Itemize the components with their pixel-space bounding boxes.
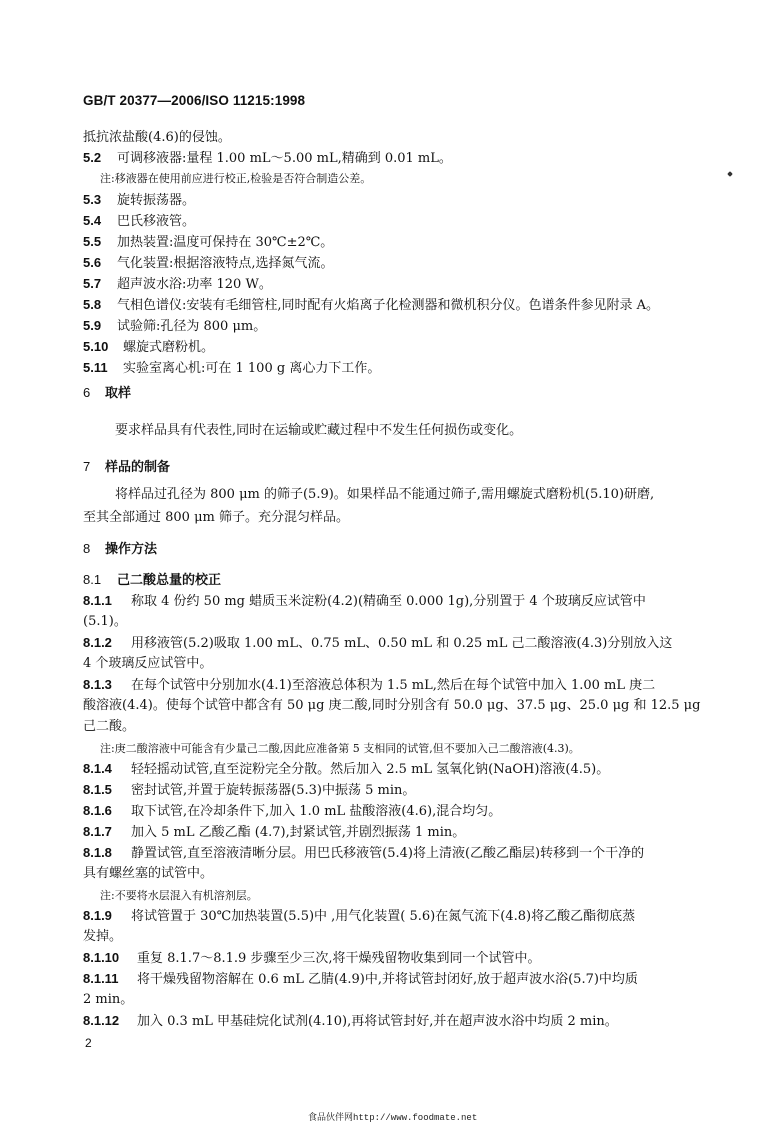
section-title: 操作方法: [105, 541, 157, 556]
line-text: 抵抗浓盐酸(4.6)的侵蚀。: [83, 130, 231, 145]
clause-number: 5.4: [83, 213, 117, 229]
step-number: 8.1.10: [83, 950, 137, 966]
step-8-1-5: 8.1.5密封试管,并置于旋转振荡器(5.3)中振荡 5 min。: [83, 782, 415, 799]
clause-text: 试验筛:孔径为 800 μm。: [117, 319, 266, 334]
step-number: 8.1.9: [83, 908, 131, 924]
step-number: 8.1.4: [83, 761, 131, 777]
section-7-body-2: 至其全部通过 800 μm 筛子。充分混匀样品。: [83, 510, 349, 526]
page-number: 2: [85, 1036, 92, 1050]
clause-number: 5.5: [83, 234, 117, 250]
step-8-1-2-cont: 4 个玻璃反应试管中。: [83, 656, 212, 672]
step-8-1-3: 8.1.3在每个试管中分别加水(4.1)至溶液总体积为 1.5 mL,然后在每个…: [83, 677, 655, 694]
step-number: 8.1.2: [83, 635, 131, 651]
section-7-body-1: 将样品过孔径为 800 μm 的筛子(5.9)。如果样品不能通过筛子,需用螺旋式…: [115, 487, 654, 503]
clause-5-9: 5.9试验筛:孔径为 800 μm。: [83, 318, 266, 335]
clause-text: 可调移液器:量程 1.00 mL～5.00 mL,精确到 0.01 mL。: [117, 151, 452, 166]
step-number: 8.1.3: [83, 677, 131, 693]
clause-5-10: 5.10螺旋式磨粉机。: [83, 339, 214, 356]
step-text: 取下试管,在冷却条件下,加入 1.0 mL 盐酸溶液(4.6),混合均匀。: [131, 804, 501, 819]
clause-text: 螺旋式磨粉机。: [123, 340, 214, 355]
clause-text: 气化装置:根据溶液特点,选择氮气流。: [117, 256, 334, 271]
clause-number: 5.3: [83, 192, 117, 208]
footer-watermark: 食品伙伴网http://www.foodmate.net: [308, 1110, 477, 1122]
step-text: 用移液管(5.2)吸取 1.00 mL、0.75 mL、0.50 mL 和 0.…: [131, 636, 672, 651]
step-text: 在每个试管中分别加水(4.1)至溶液总体积为 1.5 mL,然后在每个试管中加入…: [131, 678, 655, 693]
document-page: GB/T 20377—2006/ISO 11215:1998 抵抗浓盐酸(4.6…: [0, 0, 772, 1122]
step-number: 8.1.1: [83, 593, 131, 609]
step-8-1-10: 8.1.10重复 8.1.7～8.1.9 步骤至少三次,将干燥残留物收集到同一个…: [83, 950, 541, 967]
step-8-1-4: 8.1.4轻轻摇动试管,直至淀粉完全分散。然后加入 2.5 mL 氢氧化钠(Na…: [83, 761, 609, 778]
step-number: 8.1.6: [83, 803, 131, 819]
step-8-1-3-cont2: 己二酸。: [83, 719, 135, 735]
section-number: 6: [83, 385, 105, 401]
clause-text: 加热装置:温度可保持在 30℃±2℃。: [117, 235, 333, 250]
clause-5-3: 5.3旋转振荡器。: [83, 192, 195, 209]
section-8-heading: 8操作方法: [83, 541, 157, 557]
clause-number: 5.10: [83, 339, 123, 355]
clause-text: 超声波水浴:功率 120 W。: [117, 277, 272, 292]
clause-text: 巴氏移液管。: [117, 214, 195, 229]
clause-number: 5.6: [83, 255, 117, 271]
clause-5-8: 5.8气相色谱仪:安装有毛细管柱,同时配有火焰离子化检测器和微机积分仪。色谱条件…: [83, 297, 659, 314]
step-text: 重复 8.1.7～8.1.9 步骤至少三次,将干燥残留物收集到同一个试管中。: [137, 951, 541, 966]
clause-number: 5.7: [83, 276, 117, 292]
step-8-1-3-cont: 酸溶液(4.4)。使每个试管中都含有 50 μg 庚二酸,同时分别含有 50.0…: [83, 698, 700, 714]
step-number: 8.1.7: [83, 824, 131, 840]
step-8-1-11-cont: 2 min。: [83, 992, 133, 1008]
section-6-heading: 6取样: [83, 385, 131, 401]
step-8-1-9-cont: 发掉。: [83, 929, 122, 945]
step-8-1-6: 8.1.6取下试管,在冷却条件下,加入 1.0 mL 盐酸溶液(4.6),混合均…: [83, 803, 501, 820]
step-text: 称取 4 份约 50 mg 蜡质玉米淀粉(4.2)(精确至 0.000 1g),…: [131, 594, 646, 609]
clause-number: 5.9: [83, 318, 117, 334]
step-text: 静置试管,直至溶液清晰分层。用巴氏移液管(5.4)将上清液(乙酸乙酯层)转移到一…: [131, 846, 644, 861]
step-text: 密封试管,并置于旋转振荡器(5.3)中振荡 5 min。: [131, 783, 415, 798]
clause-text: 气相色谱仪:安装有毛细管柱,同时配有火焰离子化检测器和微机积分仪。色谱条件参见附…: [117, 298, 659, 313]
step-number: 8.1.12: [83, 1013, 137, 1029]
step-number: 8.1.8: [83, 845, 131, 861]
section-number: 7: [83, 459, 105, 475]
section-title: 样品的制备: [105, 459, 170, 474]
standard-header: GB/T 20377—2006/ISO 11215:1998: [83, 93, 305, 108]
clause-5-11: 5.11实验室离心机:可在 1 100 g 离心力下工作。: [83, 360, 380, 377]
step-8-1-1: 8.1.1称取 4 份约 50 mg 蜡质玉米淀粉(4.2)(精确至 0.000…: [83, 593, 646, 610]
clause-text: 实验室离心机:可在 1 100 g 离心力下工作。: [123, 361, 380, 376]
section-number: 8.1: [83, 572, 117, 588]
section-title: 己二酸总量的校正: [117, 572, 221, 587]
step-text: 轻轻摇动试管,直至淀粉完全分散。然后加入 2.5 mL 氢氧化钠(NaOH)溶液…: [131, 762, 609, 777]
step-8-1-8-cont: 具有螺丝塞的试管中。: [83, 866, 213, 882]
clause-number: 5.2: [83, 150, 117, 166]
section-7-heading: 7样品的制备: [83, 459, 170, 475]
step-8-1-1-cont: (5.1)。: [83, 614, 127, 630]
clause-5-4: 5.4巴氏移液管。: [83, 213, 195, 230]
step-8-1-11: 8.1.11将干燥残留物溶解在 0.6 mL 乙腈(4.9)中,并将试管封闭好,…: [83, 971, 638, 988]
step-text: 将干燥残留物溶解在 0.6 mL 乙腈(4.9)中,并将试管封闭好,放于超声波水…: [137, 972, 638, 987]
step-8-1-9: 8.1.9将试管置于 30℃加热装置(5.5)中 ,用气化装置( 5.6)在氮气…: [83, 908, 635, 925]
note-5-2: 注:移液器在使用前应进行校正,检验是否符合制造公差。: [100, 171, 371, 187]
step-number: 8.1.5: [83, 782, 131, 798]
scan-speck-mark: [727, 171, 733, 177]
clause-5-2: 5.2可调移液器:量程 1.00 mL～5.00 mL,精确到 0.01 mL。: [83, 150, 452, 167]
step-8-1-12: 8.1.12加入 0.3 mL 甲基硅烷化试剂(4.10),再将试管封好,并在超…: [83, 1013, 618, 1030]
clause-number: 5.11: [83, 360, 123, 376]
step-8-1-7: 8.1.7加入 5 mL 乙酸乙酯 (4.7),封紧试管,并剧烈振荡 1 min…: [83, 824, 465, 841]
step-text: 加入 0.3 mL 甲基硅烷化试剂(4.10),再将试管封好,并在超声波水浴中均…: [137, 1014, 618, 1029]
clause-5-5: 5.5加热装置:温度可保持在 30℃±2℃。: [83, 234, 333, 251]
clause-text: 旋转振荡器。: [117, 193, 195, 208]
clause-5-6: 5.6气化装置:根据溶液特点,选择氮气流。: [83, 255, 334, 272]
step-number: 8.1.11: [83, 971, 137, 987]
section-6-body: 要求样品具有代表性,同时在运输或贮藏过程中不发生任何损伤或变化。: [115, 423, 522, 439]
step-8-1-8: 8.1.8静置试管,直至溶液清晰分层。用巴氏移液管(5.4)将上清液(乙酸乙酯层…: [83, 845, 644, 862]
section-title: 取样: [105, 385, 131, 400]
clause-5-7: 5.7超声波水浴:功率 120 W。: [83, 276, 272, 293]
note-8-1-3: 注:庚二酸溶液中可能含有少量己二酸,因此应准备第 5 支相同的试管,但不要加入己…: [100, 741, 580, 757]
step-8-1-2: 8.1.2用移液管(5.2)吸取 1.00 mL、0.75 mL、0.50 mL…: [83, 635, 672, 652]
step-text: 加入 5 mL 乙酸乙酯 (4.7),封紧试管,并剧烈振荡 1 min。: [131, 825, 465, 840]
note-8-1-8: 注:不要将水层混入有机溶剂层。: [100, 888, 258, 904]
section-8-1-heading: 8.1己二酸总量的校正: [83, 572, 221, 588]
step-text: 将试管置于 30℃加热装置(5.5)中 ,用气化装置( 5.6)在氮气流下(4.…: [131, 909, 635, 924]
clause-number: 5.8: [83, 297, 117, 313]
text-line: 抵抗浓盐酸(4.6)的侵蚀。: [83, 130, 231, 146]
section-number: 8: [83, 541, 105, 557]
